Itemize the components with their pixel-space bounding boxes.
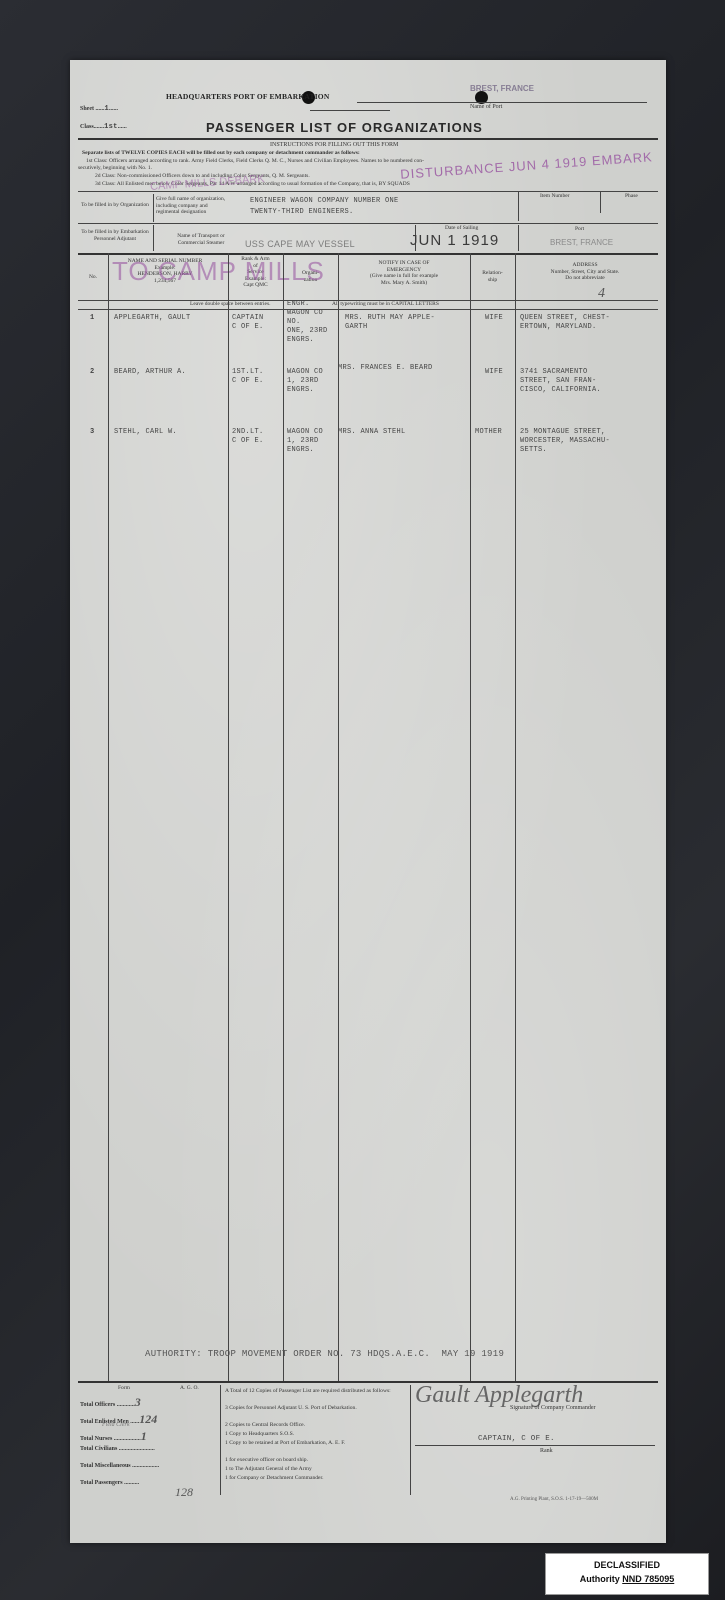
row-relationship: MOTHER: [475, 428, 502, 437]
col-divider-3: [283, 253, 284, 1381]
phase-label: Phase: [625, 193, 638, 200]
total-civilians-label: Total Civilians ........................: [80, 1446, 155, 1452]
entries-top-rule: [78, 309, 658, 310]
hq-port-label: HEADQUARTERS PORT OF EMBARKATION: [166, 92, 329, 101]
rank-value: CAPTAIN, C OF E.: [478, 1435, 555, 1444]
row-address: 3741 SACRAMENTO STREET, SAN FRAN- CISCO,…: [520, 368, 601, 395]
class-label: Class.......1st......: [80, 123, 127, 132]
summary-divider-2: [410, 1385, 411, 1495]
row-org: WAGON CO 1, 23RD ENGRS.: [287, 368, 323, 395]
item-number-label: Item Number: [540, 193, 569, 200]
total-passengers-label: Total Passengers ..........: [80, 1480, 139, 1486]
port-name-label: Name of Port: [470, 104, 502, 110]
declassified-authority: Authority NND 785095: [546, 1574, 708, 1584]
declassified-stamp: DECLASSIFIED Authority NND 785095: [545, 1553, 709, 1595]
distribution-item: 1 Copy to Headquarters S.O.S.: [225, 1431, 294, 1438]
total-nurses-value: 1: [141, 1429, 147, 1443]
org-give-label: Give full name of organization, includin…: [156, 196, 226, 216]
row-rank: 1ST.LT. C OF E.: [232, 368, 264, 386]
col-header-top-rule: [78, 253, 658, 255]
instruction-line-3: secutively, beginning with No. 1.: [78, 165, 152, 172]
page-title: PASSENGER LIST OF ORGANIZATIONS: [206, 120, 483, 135]
instructions-heading: INSTRUCTIONS FOR FILLING OUT THIS FORM: [270, 142, 398, 149]
short-underline: [310, 110, 390, 111]
date-of-sailing-label: Date of Sailing: [445, 225, 478, 232]
total-officers-label: Total Officers ............3: [80, 1395, 141, 1410]
row-name: APPLEGARTH, GAULT: [114, 314, 191, 323]
total-nurses-label: Total Nurses ..................1: [80, 1429, 147, 1444]
transport-top-rule: [78, 223, 658, 224]
col-divider-6: [515, 253, 516, 1381]
col-header-notify: NOTIFY IN CASE OF EMERGENCY (Give name i…: [338, 260, 470, 286]
row-org: WAGON CO 1, 23RD ENGRS.: [287, 428, 323, 455]
port-value: BREST, FRANCE: [550, 238, 613, 247]
port-name-stamp: BREST, FRANCE: [470, 84, 534, 93]
org-name-line1: ENGINEER WAGON COMPANY NUMBER ONE: [250, 197, 399, 206]
row-no: 3: [90, 428, 95, 437]
port-label: Port: [575, 226, 584, 233]
distribution-item: A Total of 12 Copies of Passenger List a…: [225, 1388, 405, 1395]
org-name-line2: TWENTY-THIRD ENGINEERS.: [250, 208, 354, 217]
total-enlisted-value: 124: [139, 1412, 157, 1426]
form-label: Form: [118, 1385, 130, 1392]
row-notify: MRS. RUTH MAY APPLE- GARTH: [345, 314, 435, 332]
row-no: 1: [90, 314, 95, 323]
row-relationship: WIFE: [485, 368, 503, 377]
distribution-item: 1 to The Adjutant General of the Army: [225, 1466, 312, 1473]
distribution-item: 1 for executive officer on board ship.: [225, 1457, 308, 1464]
printing-plant-note: A.G. Printing Plant, S.O.S. 1-17-19—500M: [510, 1497, 598, 1502]
col-divider-4: [338, 253, 339, 1381]
capital-letters-note: All typewriting must be in CAPITAL LETTE…: [332, 301, 439, 308]
summary-divider-1: [220, 1385, 221, 1495]
row-notify: MRS. ANNA STEHL: [338, 428, 406, 437]
distribution-item: 1 for Company or Detachment Commander.: [225, 1475, 324, 1482]
instruction-line-1: Separate lists of TWELVE COPIES EACH wil…: [82, 150, 360, 157]
row-org: ENGR. WAGON CO NO. ONE, 23RD ENGRS.: [287, 300, 328, 345]
disturbance-stamp: DISTURBANCE JUN 4 1919 EMBARK: [400, 149, 653, 182]
col-header-address: ADDRESS Number, Street, City and State. …: [515, 262, 655, 282]
row-name: BEARD, ARTHUR A.: [114, 368, 186, 377]
rank-label: Rank: [540, 1448, 553, 1454]
distribution-item: 2 Copies to Central Records Office.: [225, 1422, 305, 1429]
sheet-label: Sheet ......1......: [80, 105, 118, 114]
col-divider-5: [470, 253, 471, 1381]
row-rank: CAPTAIN C OF E.: [232, 314, 264, 332]
total-officers-value: 3: [135, 1395, 141, 1409]
org-top-rule: [78, 191, 658, 192]
row-no: 2: [90, 368, 95, 377]
total-nurses-note: Field Clerk: [102, 1422, 130, 1428]
row-address: 25 MONTAGUE STREET, WORCESTER, MASSACHU-…: [520, 428, 610, 455]
transport-name-value: USS CAPE MAY VESSEL: [245, 240, 355, 249]
authority-code: NND 785095: [622, 1574, 674, 1584]
col-header-no: No.: [82, 274, 104, 281]
distribution-item: 1 Copy to be retained at Port of Embarka…: [225, 1440, 405, 1447]
ago-label: A. G. O.: [180, 1385, 199, 1392]
row-name: STEHL, CARL W.: [114, 428, 177, 437]
distribution-item: 3 Copies for Personnel Adjutant U. S. Po…: [225, 1405, 405, 1412]
transport-left-label: To be filled in by Embarkation Personnel…: [78, 229, 152, 242]
col-divider-2: [228, 253, 229, 1381]
col-divider-1: [108, 253, 109, 1381]
row-relationship: WIFE: [485, 314, 503, 323]
org-left-label: To be filled in by Organization: [80, 202, 150, 209]
double-space-note: Leave double space between entries.: [190, 301, 270, 308]
row-notify: MRS. FRANCES E. BEARD: [338, 364, 433, 373]
passenger-list-document: Sheet ......1...... Class.......1st.....…: [70, 60, 666, 1543]
total-misc-label: Total Miscellaneous ..................: [80, 1463, 159, 1469]
row-rank: 2ND.LT. C OF E.: [232, 428, 264, 446]
row-address: QUEEN STREET, CHEST- ERTOWN, MARYLAND.: [520, 314, 610, 332]
date-of-sailing-value: JUN 1 1919: [410, 232, 499, 249]
rank-underline: [415, 1445, 655, 1446]
hq-underline: [357, 102, 647, 103]
signature-label: Signature of Company Commander: [510, 1405, 596, 1411]
total-passengers-value: 128: [175, 1485, 193, 1500]
to-camp-mills-stamp: TO CAMP MILLS: [112, 256, 325, 287]
transport-name-label: Name of Transport or Commercial Steamer: [166, 233, 236, 246]
declassified-title: DECLASSIFIED: [546, 1560, 708, 1570]
col-header-relationship: Relation- ship: [470, 270, 515, 283]
title-rule: [78, 138, 658, 140]
authority-line: AUTHORITY: TROOP MOVEMENT ORDER NO. 73 H…: [145, 1350, 504, 1359]
instruction-line-2: 1st Class: Officers arranged according t…: [86, 158, 424, 165]
